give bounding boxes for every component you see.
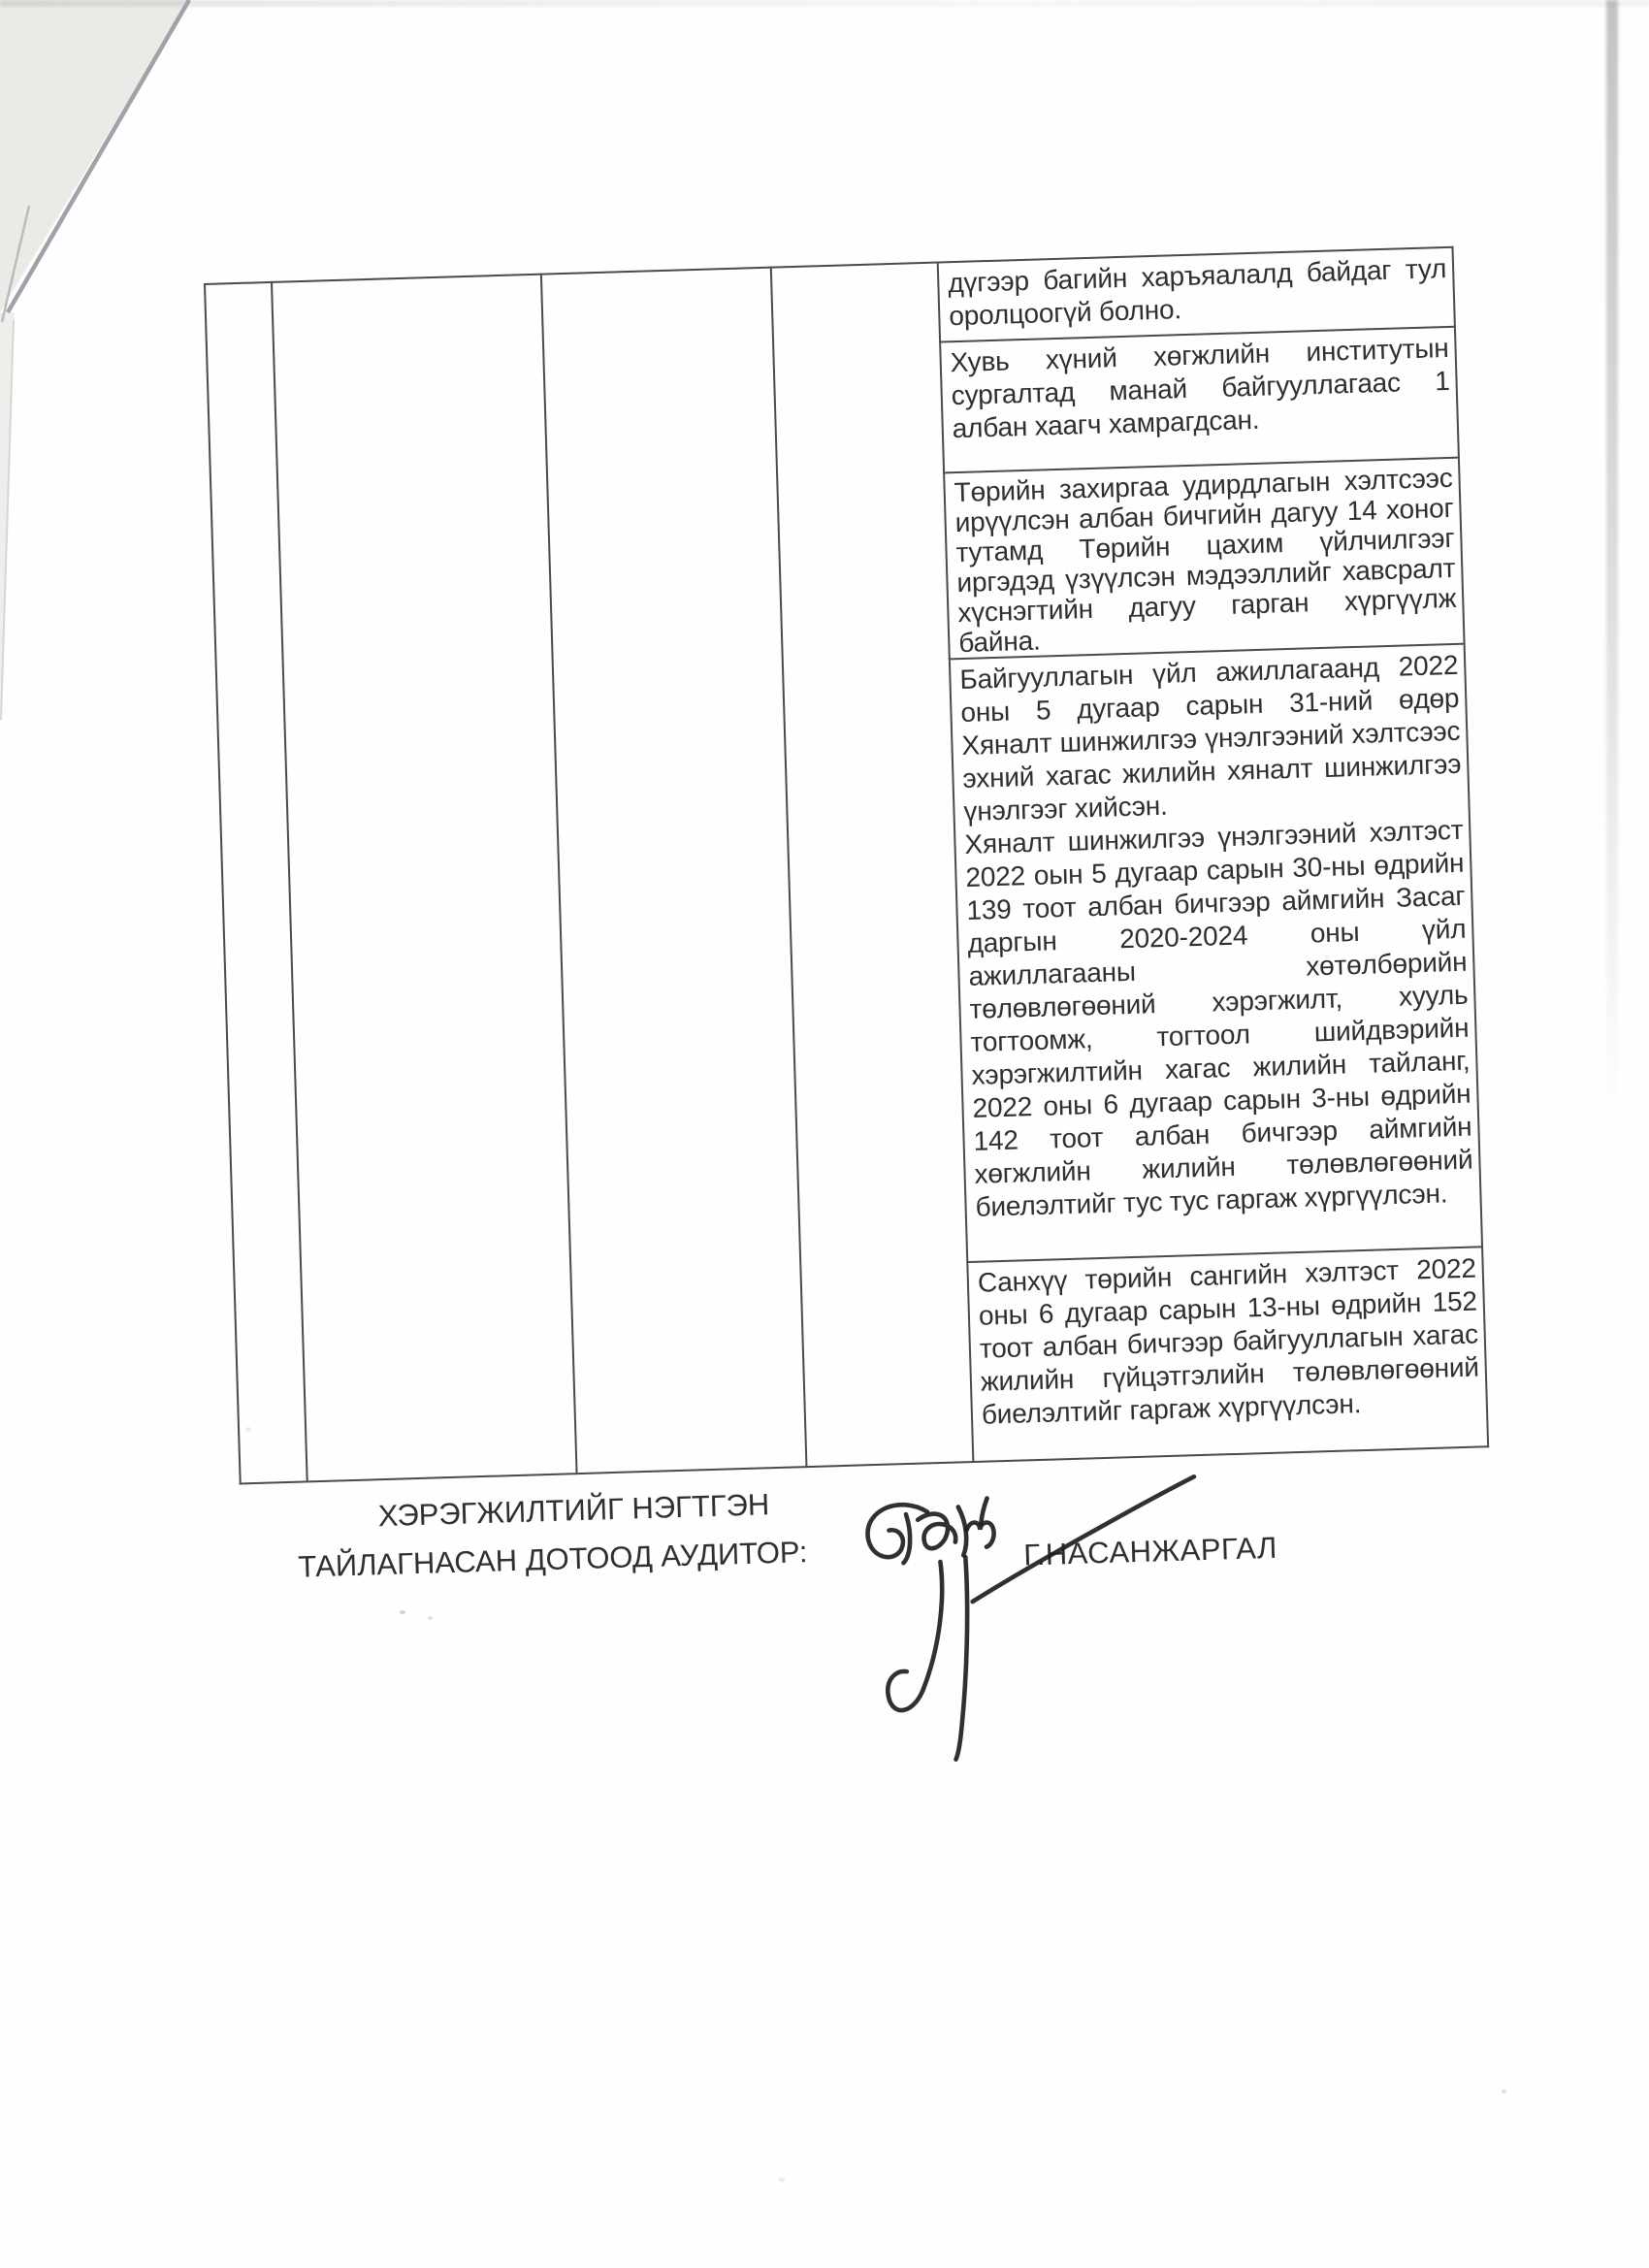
scan-speck (779, 2178, 785, 2182)
scan-speck (1502, 2090, 1506, 2093)
table-cell-empty-col2 (272, 275, 577, 1482)
table-cell-text-2: Хувь хүний хөгжлийн институтын сургалтад… (940, 327, 1459, 473)
scanned-page: { "document_type": "scanned report page … (0, 0, 1649, 2268)
footer-line-2: ТАЙЛАГНАСАН ДОТООД АУДИТОР: (298, 1535, 808, 1585)
scanned-content: дүгээр багийн харъяалалд байдаг тул орол… (204, 246, 1498, 1854)
report-table: дүгээр багийн харъяалалд байдаг тул орол… (204, 246, 1489, 1485)
table-cell-text-3: Төрийн захиргаа удирдлагын хэлтсээс ирүү… (944, 458, 1464, 660)
footer-line-1: ХЭРЭГЖИЛТИЙГ НЭГТГЭН (377, 1487, 770, 1534)
table-cell-text-4: Байгууллагын үйл ажиллагаанд 2022 оны 5 … (950, 644, 1482, 1262)
scan-right-edge-shadow (1606, 0, 1618, 1116)
scan-top-edge-shadow (0, 0, 1649, 7)
signature-handwritten (841, 1453, 1336, 1798)
table-cell-text-5: Санхүү төрийн сангийн хэлтэст 2022 оны 6… (967, 1247, 1488, 1462)
table-cell-empty-col3 (541, 268, 807, 1474)
table-cell-text-1: дүгээр багийн харъяалалд байдаг тул орол… (938, 247, 1455, 342)
